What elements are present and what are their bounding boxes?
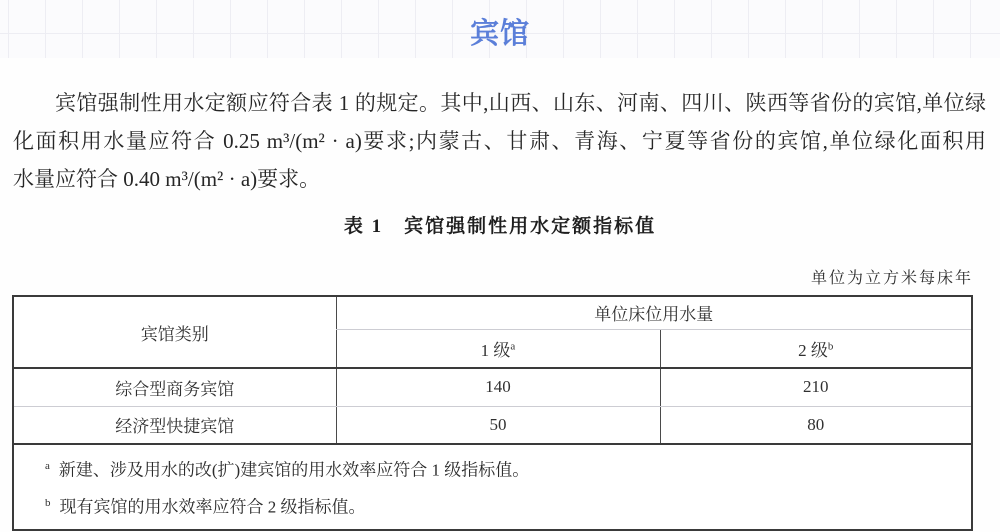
header-cell-grade2: 2 级b — [660, 329, 972, 368]
grade1-label: 1 级 — [481, 341, 511, 360]
grade2-label: 2 级 — [798, 341, 828, 360]
table-row: 经济型快捷宾馆 50 80 — [13, 406, 972, 444]
page-title: 宾馆 — [0, 11, 1000, 52]
footnote: a新建、涉及用水的改(扩)建宾馆的用水效率应符合 1 级指标值。 — [45, 450, 959, 487]
table-row: 综合型商务宾馆 140 210 — [13, 368, 972, 406]
footnote-text: 新建、涉及用水的改(扩)建宾馆的用水效率应符合 1 级指标值。 — [59, 461, 529, 480]
grade1-footnote-marker: a — [510, 340, 515, 352]
cell-category: 综合型商务宾馆 — [13, 368, 336, 406]
table-header-row-group: 宾馆类别 单位床位用水量 — [13, 296, 972, 329]
footnote-marker: a — [45, 460, 50, 472]
header-cell-group: 单位床位用水量 — [336, 296, 972, 329]
header-cell-category: 宾馆类别 — [13, 296, 336, 368]
cell-grade1-value: 50 — [336, 406, 660, 444]
paragraph-line: 水量应符合 0.40 m³/(m² · a)要求。 — [13, 160, 986, 198]
intro-paragraph: 宾馆强制性用水定额应符合表 1 的规定。其中,山西、山东、河南、四川、陕西等省份… — [13, 84, 986, 198]
page: { "page": { "title": "宾馆", "title_color"… — [0, 0, 1000, 532]
footnote: b现有宾馆的用水效率应符合 2 级指标值。 — [45, 487, 959, 524]
header-cell-grade1: 1 级a — [336, 329, 660, 368]
cell-grade2-value: 210 — [660, 368, 972, 406]
cell-category: 经济型快捷宾馆 — [13, 406, 336, 444]
table-caption: 表 1 宾馆强制性用水定额指标值 — [0, 211, 1000, 238]
grade2-footnote-marker: b — [828, 340, 834, 352]
footnote-text: 现有宾馆的用水效率应符合 2 级指标值。 — [60, 497, 366, 516]
cell-grade1-value: 140 — [336, 368, 660, 406]
cell-grade2-value: 80 — [660, 406, 972, 444]
footnote-marker: b — [45, 497, 51, 509]
quota-table: 宾馆类别 单位床位用水量 1 级a 2 级b 综合型商务宾馆 140 210 经… — [12, 295, 973, 531]
paragraph-line: 宾馆强制性用水定额应符合表 1 的规定。其中,山西、山东、河南、四川、陕西等省份… — [13, 84, 986, 122]
footnotes-cell: a新建、涉及用水的改(扩)建宾馆的用水效率应符合 1 级指标值。 b现有宾馆的用… — [13, 444, 972, 530]
paragraph-line: 化面积用水量应符合 0.25 m³/(m² · a)要求;内蒙古、甘肃、青海、宁… — [13, 122, 986, 160]
table-footnotes-row: a新建、涉及用水的改(扩)建宾馆的用水效率应符合 1 级指标值。 b现有宾馆的用… — [13, 444, 972, 530]
document-page: 宾馆强制性用水定额应符合表 1 的规定。其中,山西、山东、河南、四川、陕西等省份… — [0, 58, 1000, 532]
table-unit-note: 单位为立方米每床年 — [0, 265, 973, 288]
